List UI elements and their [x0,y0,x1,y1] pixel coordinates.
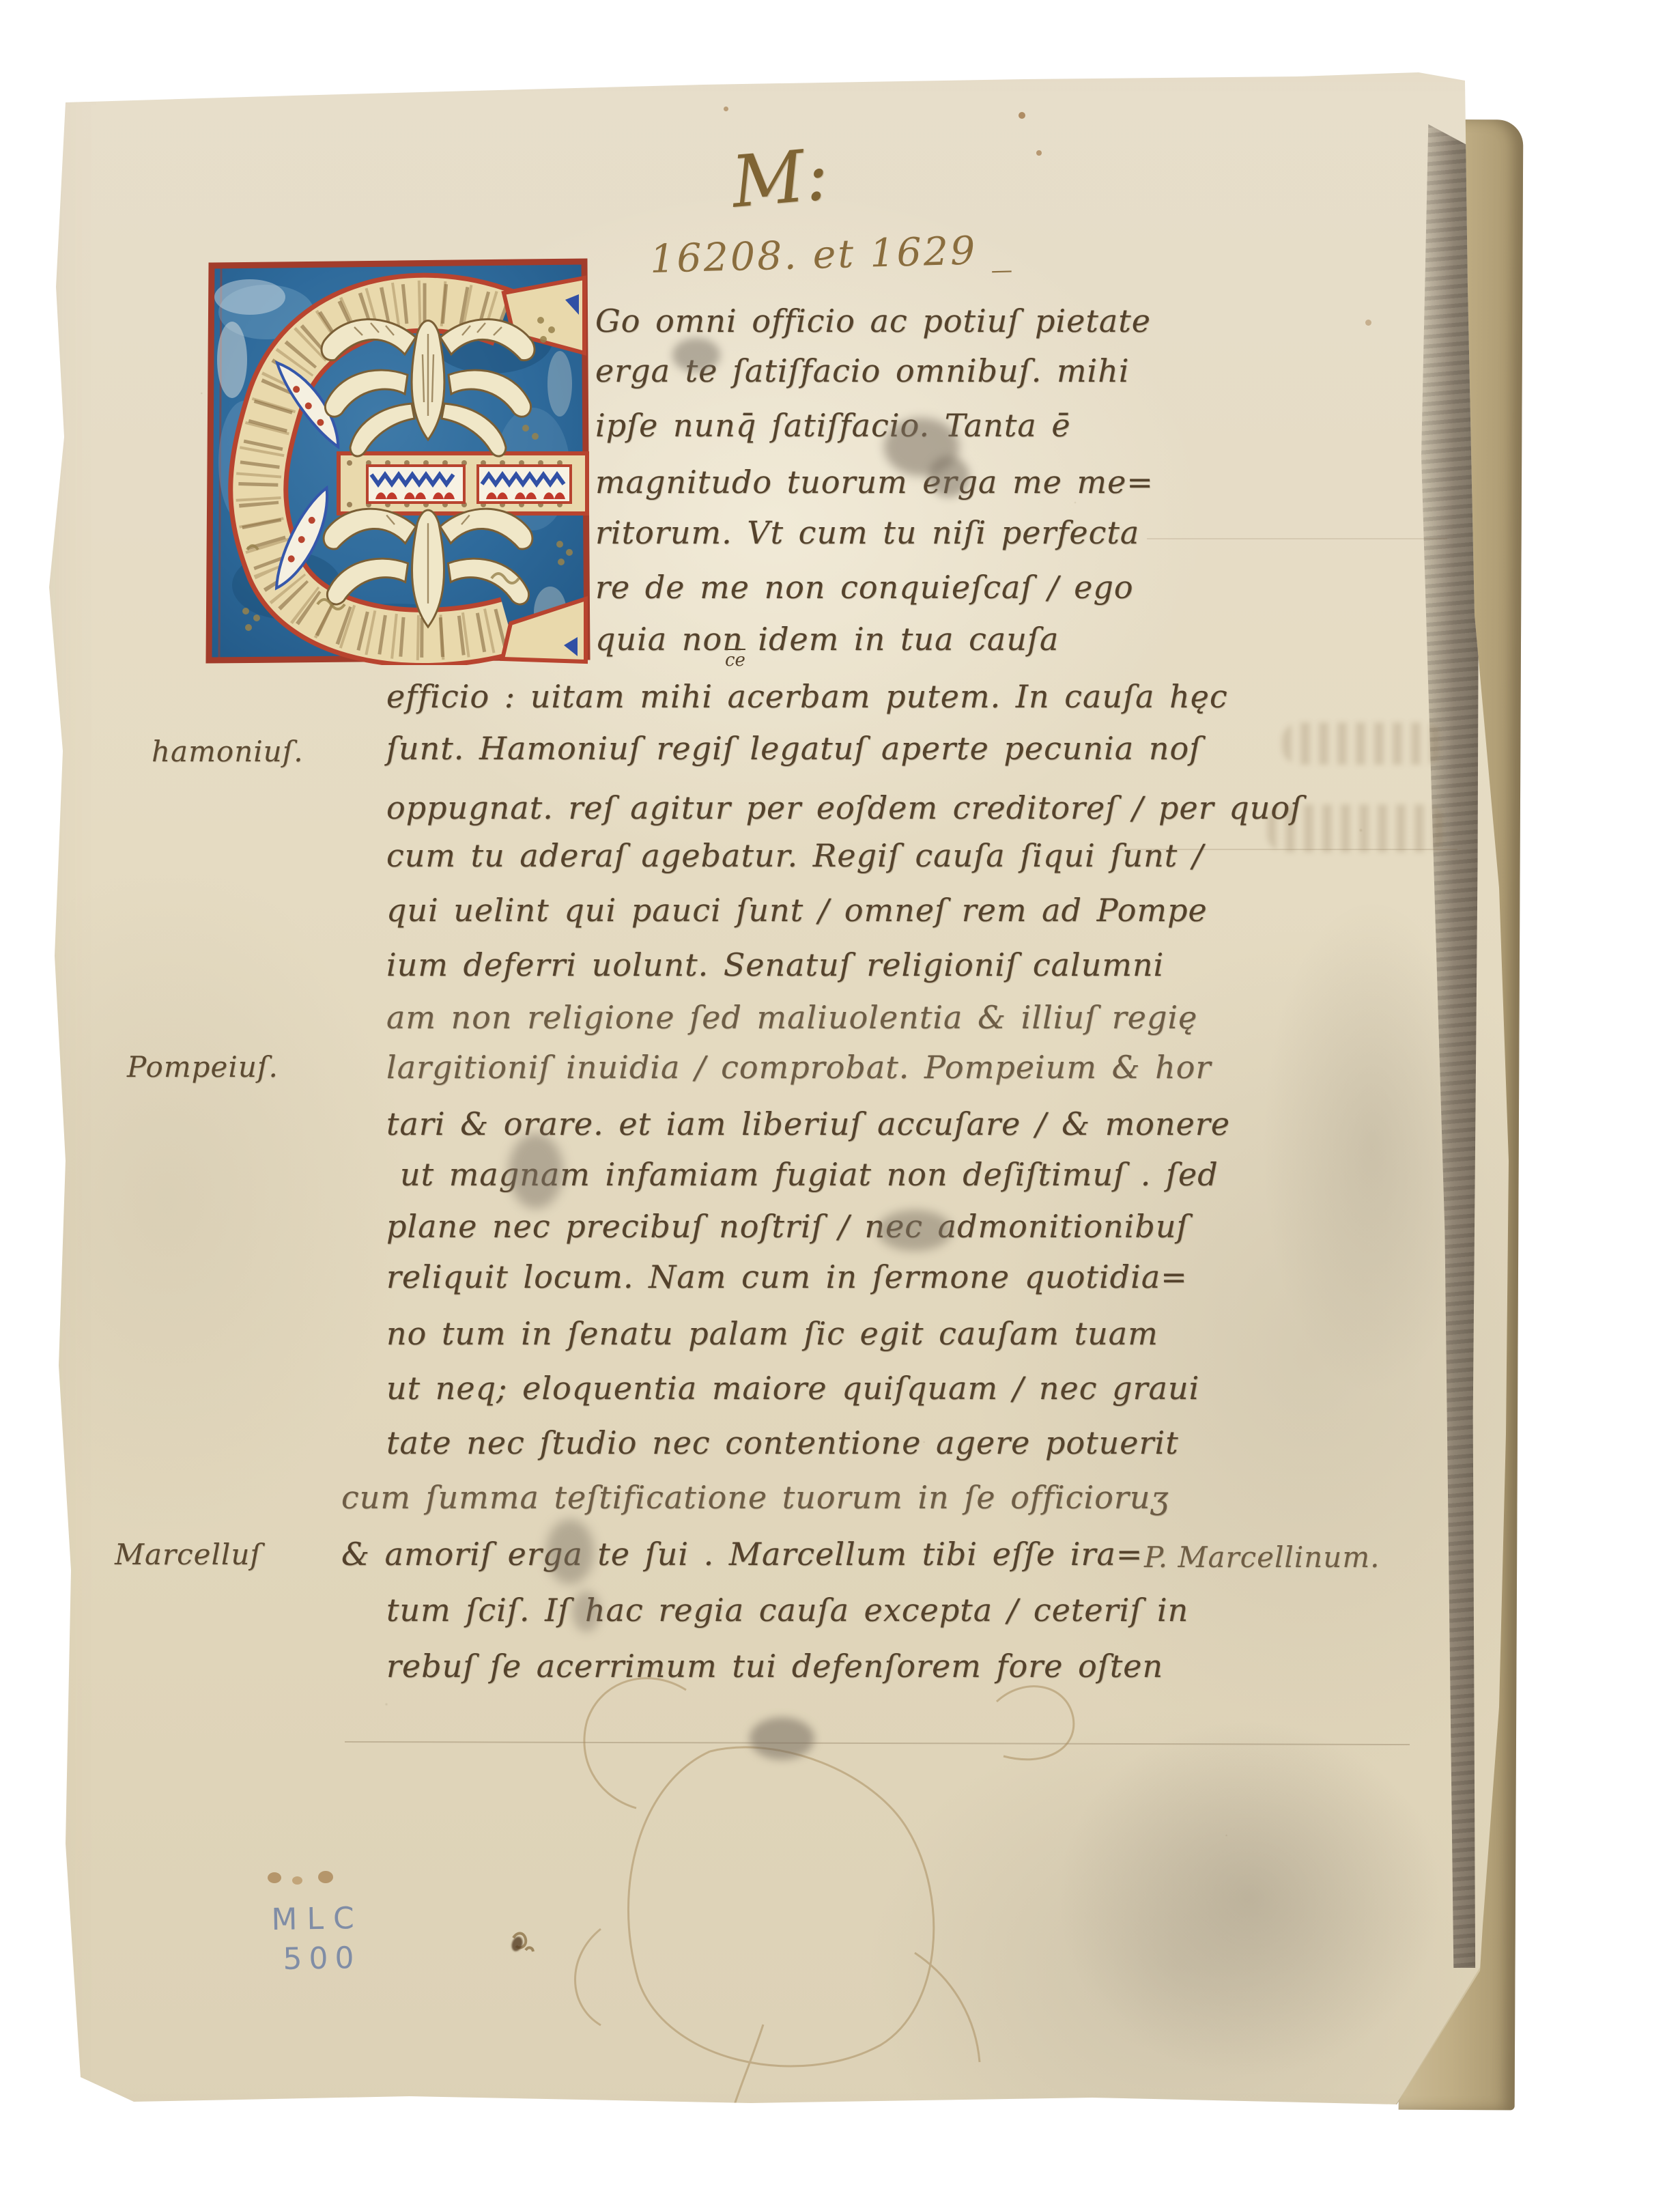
text-line: ipſe nunq̄ ſatiſfacio. Tanta ē [595,405,1071,446]
library-stamp: MLC 500 [271,1899,365,1979]
ruling-line [1147,538,1447,539]
text-line: ſunt. Hamoniuſ regiſ legatuſ aperte pecu… [386,728,1201,769]
text-line: oppugnat. reſ agitur per eoſdem creditor… [386,787,1302,828]
initial-letterform [258,278,587,662]
text-line: re de me non conquieſcaſ / ego [595,567,1134,608]
text-line: quia non idem in tua cauſa [595,619,1059,660]
text-line: ritorum. Vt cum tu niſi perfecta [595,512,1139,553]
manuscript-scan: M: 16208. et 1629 _ [0,0,1680,2185]
margin-note-pompeius: Pompeiuſ. [127,1050,279,1084]
bow-panel [266,483,341,594]
text-line: reliquit locum. Nam cum in ſermone quoti… [386,1256,1188,1297]
text-line: ium deferri uolunt. Senatuſ religioniſ c… [386,944,1164,985]
text-line: tum ſciſ. Iſ hac regia cauſa excepta / c… [386,1590,1188,1631]
text-line: qui uelint qui pauci ſunt / omneſ rem ad… [386,890,1208,931]
text-line: erga te ſatiſfacio omnibuſ. mihi [595,350,1130,391]
ruling-line [1120,849,1457,850]
ruling-line [345,1741,1410,1745]
text-line: & amoriſ erga te ſui . Marcellum tibi eſ… [341,1534,1143,1575]
parchment-leaf: M: 16208. et 1629 _ [0,0,1680,2185]
margin-note-hamonius: hamoniuſ. [152,735,304,768]
gold-squiggles [247,546,519,609]
text-line: cum ſumma teſtificatione tuorum in ſe of… [341,1477,1169,1518]
text-line: Go omni officio ac potiuſ pietate [595,300,1151,341]
text-line: magnitudo tuorum erga me me= [595,462,1154,503]
bow-panel [271,354,350,451]
initial-ground-mottling [214,279,572,655]
margin-note-marcellus: Marcelluſ [115,1538,261,1571]
text-line: ut magnam infamiam fugiat non deſiſtimuſ… [400,1154,1219,1195]
acanthus-bottom [324,509,532,627]
pen-trial-sketches [478,1625,1126,2144]
text-line: tate nec ſtudio nec contentione agere po… [386,1422,1179,1463]
gold-flecks [242,317,573,631]
header-inventory-numbers: 16208. et 1629 _ [649,227,1014,282]
crossbar-panel [367,466,464,503]
interlinear-correction: ce [725,650,745,671]
text-line: plane nec precibuſ noſtriſ / nec admonit… [386,1206,1189,1247]
parchment-texture [0,0,1680,2185]
acanthus-top [322,320,535,457]
text-line: efficio : uitam mihi acerbam putem. In c… [386,676,1228,717]
margin-note-marcellinum: P. Marcellinum. [1144,1540,1380,1574]
text-line: ut neq; eloquentia maiore quiſquam / nec… [386,1368,1199,1409]
header-monogram: M: [728,132,832,224]
text-line: rebuſ ſe acerrimum tui defenſorem fore o… [386,1646,1163,1687]
text-line: am non religione ſed maliuolentia & illi… [386,997,1197,1038]
crossbar-panel [478,466,571,503]
text-line: largitioniſ inuidia / comprobat. Pompeiu… [386,1047,1212,1088]
text-line: no tum in ſenatu palam ſic egit cauſam t… [386,1313,1158,1354]
illuminated-initial-E [205,257,593,665]
text-line: cum tu aderaſ agebatur. Regiſ cauſa ſiqu… [386,835,1204,876]
stamp-line2: 500 [283,1939,365,1979]
stamp-line1: MLC [271,1899,364,1940]
text-line: tari & orare. et iam liberiuſ accuſare /… [386,1103,1230,1144]
crossbar-dots [347,460,563,507]
